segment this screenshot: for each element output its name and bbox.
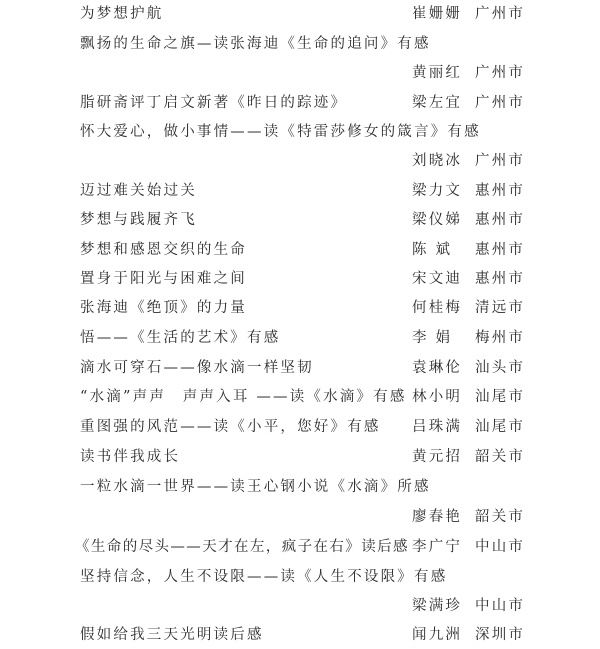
entry-row: 假如给我三天光明读后感 闻九洲 深圳市 — [80, 624, 522, 646]
entry-row: 为梦想护航 崔姗姗 广州市 — [80, 3, 522, 25]
entry-row-continuation: 廖春艳 韶关市 — [80, 506, 522, 528]
entry-row: 一粒水滴一世界——读王心钢小说《水滴》所感 — [80, 476, 522, 498]
entry-row: 滴水可穿石——像水滴一样坚韧 袁琳伦 汕头市 — [80, 357, 522, 379]
author-city: 汕尾市 — [475, 416, 525, 438]
author-name: 林小明 — [412, 386, 464, 408]
entry-row: “水滴”声声 声声入耳 ——读《水滴》有感 林小明 汕尾市 — [80, 386, 522, 408]
essay-title: 迈过难关始过关 — [80, 180, 197, 202]
entry-row: 读书伴我成长 黄元招 韶关市 — [80, 446, 522, 468]
author-city: 惠州市 — [475, 268, 525, 290]
author-city: 韶关市 — [475, 446, 525, 468]
author-city: 梅州市 — [475, 327, 525, 349]
author-city: 韶关市 — [475, 506, 525, 528]
entry-row: 重图强的风范——读《小平，您好》有感 吕珠满 汕尾市 — [80, 416, 522, 438]
essay-title: 滴水可穿石——像水滴一样坚韧 — [80, 357, 314, 379]
entry-row: 梦想和感恩交织的生命 陈 斌 惠州市 — [80, 239, 522, 261]
entry-row: 飘扬的生命之旗—读张海迪《生命的追问》有感 — [80, 33, 522, 55]
essay-title: 置身于阳光与困难之间 — [80, 268, 247, 290]
entry-row: 迈过难关始过关 梁力文 惠州市 — [80, 180, 522, 202]
author-name: 袁琳伦 — [412, 357, 464, 379]
author-city: 广州市 — [475, 150, 525, 172]
essay-title: 重图强的风范——读《小平，您好》有感 — [80, 416, 381, 438]
author-name: 陈 斌 — [412, 239, 464, 261]
essay-title: 假如给我三天光明读后感 — [80, 624, 264, 646]
entry-row: 置身于阳光与困难之间 宋文迪 惠州市 — [80, 268, 522, 290]
author-city: 广州市 — [475, 3, 525, 25]
entry-row-continuation: 刘晓冰 广州市 — [80, 150, 522, 172]
author-name: 崔姗姗 — [412, 3, 464, 25]
author-city: 惠州市 — [475, 239, 525, 261]
author-name: 黄元招 — [412, 446, 464, 468]
author-name: 廖春艳 — [412, 506, 464, 528]
essay-title: 一粒水滴一世界——读王心钢小说《水滴》所感 — [80, 476, 431, 498]
essay-title: 《生命的尽头——天才在左，疯子在右》读后感 — [75, 536, 409, 558]
award-list-page: 为梦想护航 崔姗姗 广州市 飘扬的生命之旗—读张海迪《生命的追问》有感 黄丽红 … — [0, 0, 600, 649]
essay-title: 脂研斋评丁启文新著《昨日的踪迹》 — [80, 92, 347, 114]
entry-row: 怀大爱心，做小事情——读《特雷莎修女的箴言》有感 — [80, 121, 522, 143]
essay-title: 为梦想护航 — [80, 3, 164, 25]
essay-title: “水滴”声声 声声入耳 ——读《水滴》有感 — [80, 386, 407, 408]
entry-row: 《生命的尽头——天才在左，疯子在右》读后感 李广宁 中山市 — [75, 536, 517, 558]
author-city: 深圳市 — [475, 624, 525, 646]
author-city: 惠州市 — [475, 180, 525, 202]
author-name: 吕珠满 — [412, 416, 464, 438]
entry-row: 坚持信念，人生不设限——读《人生不设限》有感 — [80, 566, 522, 588]
author-name: 梁左宜 — [412, 92, 464, 114]
author-name: 梁满珍 — [412, 595, 464, 617]
author-city: 汕头市 — [475, 357, 525, 379]
author-name: 宋文迪 — [412, 268, 464, 290]
entry-row: 脂研斋评丁启文新著《昨日的踪迹》 梁左宜 广州市 — [80, 92, 522, 114]
author-name: 何桂梅 — [412, 297, 464, 319]
essay-title: 梦想与践履齐飞 — [80, 209, 197, 231]
entry-row: 悟——《生活的艺术》有感 李 娟 梅州市 — [80, 327, 522, 349]
author-name: 刘晓冰 — [412, 150, 464, 172]
author-city: 汕尾市 — [475, 386, 525, 408]
entry-row: 张海迪《绝顶》的力量 何桂梅 清远市 — [80, 297, 522, 319]
entry-row: 梦想与践履齐飞 梁仪娣 惠州市 — [80, 209, 522, 231]
author-city: 中山市 — [475, 536, 525, 558]
author-name: 闻九洲 — [412, 624, 464, 646]
author-city: 清远市 — [475, 297, 525, 319]
author-name: 梁仪娣 — [412, 209, 464, 231]
essay-title: 悟——《生活的艺术》有感 — [80, 327, 280, 349]
essay-title: 怀大爱心，做小事情——读《特雷莎修女的箴言》有感 — [80, 121, 481, 143]
author-name: 李广宁 — [412, 536, 464, 558]
entry-row-continuation: 梁满珍 中山市 — [80, 595, 522, 617]
essay-title: 梦想和感恩交织的生命 — [80, 239, 247, 261]
author-city: 惠州市 — [475, 209, 525, 231]
essay-title: 张海迪《绝顶》的力量 — [80, 297, 247, 319]
essay-title: 坚持信念，人生不设限——读《人生不设限》有感 — [80, 566, 447, 588]
author-city: 中山市 — [475, 595, 525, 617]
essay-title: 飘扬的生命之旗—读张海迪《生命的追问》有感 — [80, 33, 431, 55]
author-name: 梁力文 — [412, 180, 464, 202]
essay-title: 读书伴我成长 — [80, 446, 180, 468]
author-name: 黄丽红 — [412, 62, 464, 84]
entry-row-continuation: 黄丽红 广州市 — [80, 62, 522, 84]
author-name: 李 娟 — [412, 327, 464, 349]
author-city: 广州市 — [475, 62, 525, 84]
author-city: 广州市 — [475, 92, 525, 114]
